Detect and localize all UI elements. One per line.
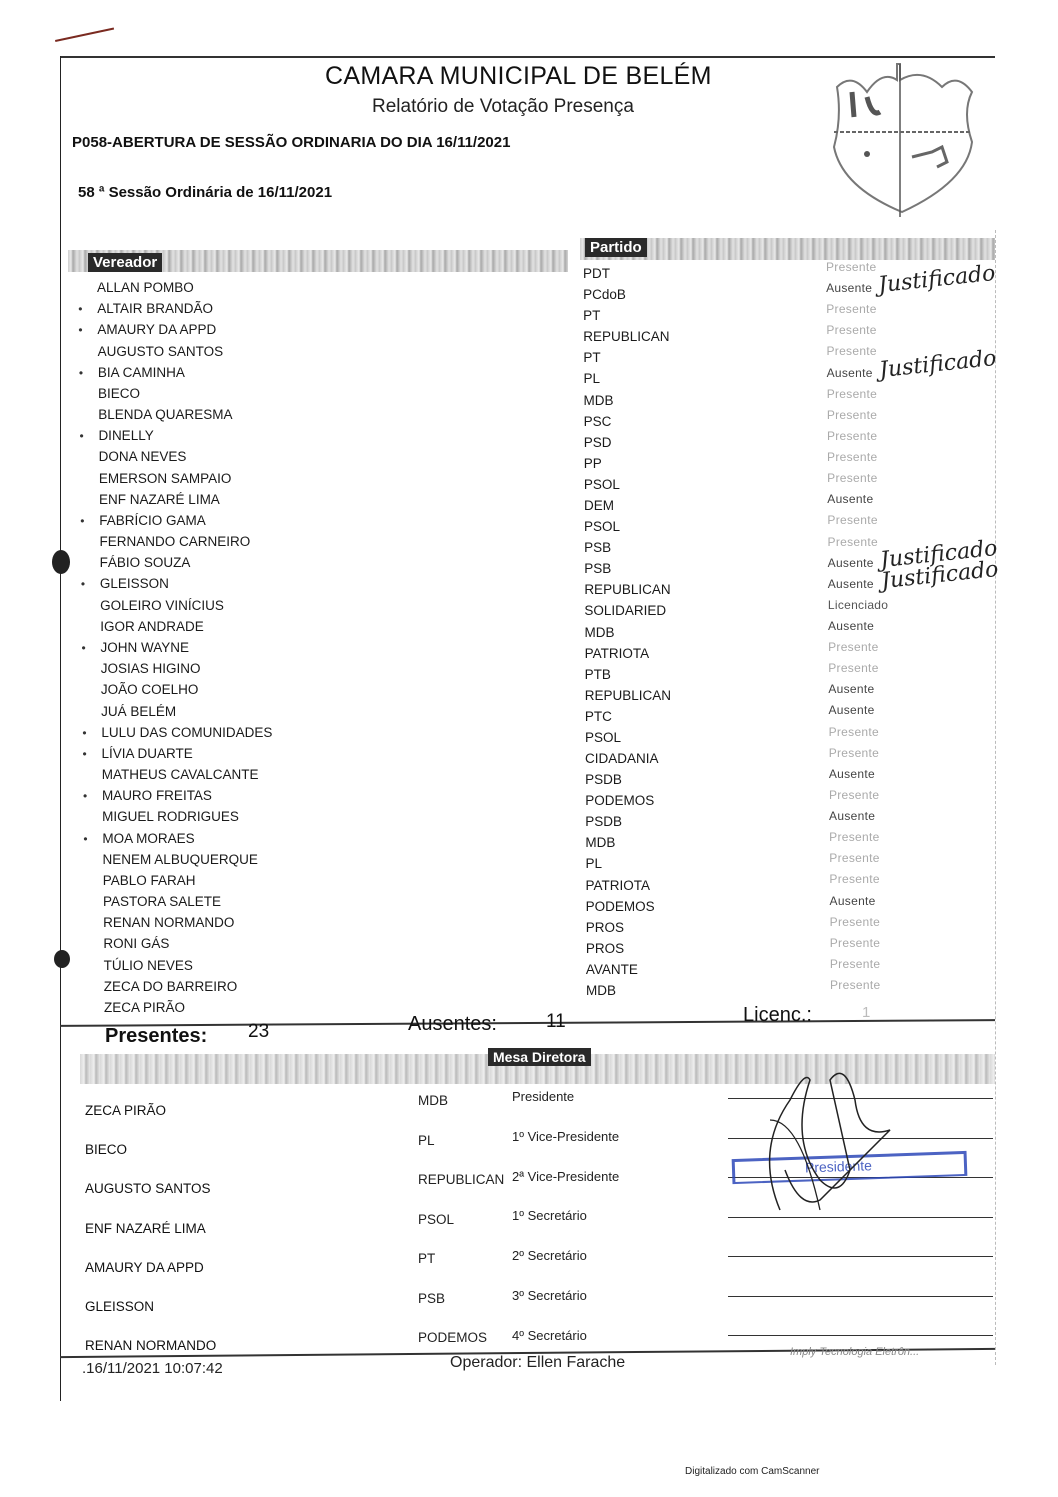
pen-mark [55, 28, 117, 56]
mesa-member-party: MDB [418, 1093, 448, 1108]
row-bullet-mark: • [79, 366, 83, 380]
vereador-party: MDB [586, 983, 616, 998]
mesa-member-party: PSOL [418, 1212, 454, 1227]
vereador-party: AVANTE [586, 962, 638, 977]
attendance-status: Ausente [830, 894, 876, 908]
attendance-status: Ausente [828, 577, 874, 591]
mesa-diretora-title: Mesa Diretora [488, 1048, 591, 1066]
column-header-partido: Partido [585, 238, 647, 257]
mesa-member-party: PT [418, 1251, 435, 1266]
report-timestamp: .16/11/2021 10:07:42 [82, 1360, 223, 1377]
vereador-party: PSOL [585, 730, 621, 745]
attendance-status: Presente [829, 851, 879, 865]
attendance-report-page: CAMARA MUNICIPAL DE BELÉM Relatório de V… [0, 0, 1058, 1497]
mesa-member-role: 4º Secretário [512, 1328, 587, 1343]
mesa-member-name: RENAN NORMANDO [85, 1338, 216, 1353]
signature-line [728, 1256, 993, 1257]
row-bullet-mark: • [80, 514, 84, 528]
mesa-member-role: Presidente [512, 1089, 574, 1104]
row-bullet-mark: • [82, 726, 86, 740]
licenc-count: 1 [862, 1004, 870, 1021]
row-bullet-mark: • [82, 641, 86, 655]
vereador-name: ZECA PIRÃO [104, 1000, 185, 1015]
vereador-name: IGOR ANDRADE [100, 619, 204, 634]
mesa-member-party: REPUBLICAN [418, 1172, 504, 1187]
municipal-crest-icon [822, 62, 997, 222]
mesa-member-name: GLEISSON [85, 1299, 154, 1314]
attendance-status: Ausente [829, 809, 875, 823]
vereador-name: AUGUSTO SANTOS [98, 344, 224, 359]
report-title: CAMARA MUNICIPAL DE BELÉM [325, 62, 712, 91]
vereador-name: MIGUEL RODRIGUES [102, 809, 239, 824]
vereador-party: MDB [585, 835, 615, 850]
vereador-party: PSOL [584, 477, 620, 492]
vereador-party: PL [583, 371, 600, 386]
attendance-status: Ausente [828, 682, 874, 696]
attendance-status: Presente [829, 788, 879, 802]
row-bullet-mark: • [81, 577, 85, 591]
vereador-name: ALTAIR BRANDÃO [97, 301, 213, 316]
mesa-member-name: BIECO [85, 1142, 127, 1157]
row-bullet-mark: • [83, 747, 87, 761]
attendance-status: Presente [830, 978, 880, 992]
frame-right-border [995, 230, 996, 1365]
vereador-party: MDB [585, 625, 615, 640]
attendance-status: Presente [830, 936, 880, 950]
attendance-status: Presente [827, 450, 877, 464]
vereador-name: BLENDA QUARESMA [98, 407, 232, 422]
attendance-status: Ausente [828, 703, 874, 717]
session-title: 58 ª Sessão Ordinária de 16/11/2021 [78, 184, 332, 201]
vereador-party: PSOL [584, 519, 620, 534]
attendance-status: Presente [826, 260, 876, 274]
vereador-name: JOHN WAYNE [101, 640, 190, 655]
attendance-status: Presente [828, 661, 878, 675]
vereador-party: PT [583, 350, 600, 365]
ausentes-label: Ausentes: [408, 1013, 497, 1036]
attendance-status: Presente [829, 830, 879, 844]
licenc-label: Licenc.: [743, 1004, 812, 1027]
vereador-party: PROS [586, 941, 624, 956]
attendance-status: Presente [827, 408, 877, 422]
vereador-party: PATRIOTA [585, 646, 650, 661]
vereador-name: JOÃO COELHO [101, 682, 199, 697]
mesa-member-name: ZECA PIRÃO [85, 1103, 166, 1118]
document-code: P058-ABERTURA DE SESSÃO ORDINARIA DO DIA… [72, 134, 510, 151]
ink-blot [52, 550, 70, 574]
vereador-party: PODEMOS [585, 793, 654, 808]
vereador-name: BIECO [98, 386, 140, 401]
vereador-name: FÁBIO SOUZA [100, 555, 191, 570]
vereador-name: FERNANDO CARNEIRO [99, 534, 250, 549]
attendance-status: Presente [830, 915, 880, 929]
mesa-member-role: 3º Secretário [512, 1288, 587, 1303]
ausentes-count: 11 [546, 1011, 566, 1033]
operator-name: Operador: Ellen Farache [450, 1354, 625, 1372]
vereador-name: MAURO FREITAS [102, 788, 212, 803]
mesa-member-party: PL [418, 1133, 435, 1148]
vereador-party: PTC [585, 709, 612, 724]
vereador-name: PASTORA SALETE [103, 894, 221, 909]
vereador-name: BIA CAMINHA [98, 365, 185, 380]
vereador-name: JOSIAS HIGINO [101, 661, 201, 676]
attendance-status: Presente [827, 429, 877, 443]
attendance-status: Presente [826, 323, 876, 337]
vereador-name: AMAURY DA APPD [97, 322, 216, 337]
column-header-vereador: Vereador [88, 253, 162, 272]
vereador-party: CIDADANIA [585, 751, 659, 766]
vereador-name: GOLEIRO VINÍCIUS [100, 598, 224, 613]
mesa-member-party: PSB [418, 1291, 445, 1306]
row-bullet-mark: • [83, 789, 87, 803]
vereador-name: RONI GÁS [103, 936, 169, 951]
vereador-name: DINELLY [98, 428, 153, 443]
ink-blot [54, 950, 70, 968]
attendance-status: Licenciado [828, 598, 888, 612]
vereador-party: PDT [583, 266, 610, 281]
attendance-status: Ausente [829, 767, 875, 781]
vendor-text: Imply Tecnologia Eletrôn... [790, 1346, 919, 1358]
vereador-party: REPUBLICAN [583, 329, 669, 344]
vereador-party: PSDB [585, 814, 622, 829]
mesa-member-name: ENF NAZARÉ LIMA [85, 1221, 206, 1236]
attendance-status: Presente [830, 957, 880, 971]
vereador-party: PCdoB [583, 287, 626, 302]
vereador-party: PSB [584, 561, 611, 576]
vereador-name: TÚLIO NEVES [104, 958, 193, 973]
attendance-status: Ausente [828, 619, 874, 633]
attendance-status: Presente [826, 302, 876, 316]
vereador-party: PSD [584, 435, 612, 450]
vereador-name: MATHEUS CAVALCANTE [102, 767, 259, 782]
vereador-party: MDB [584, 393, 614, 408]
mesa-member-role: 2ª Vice-Presidente [512, 1169, 619, 1184]
row-bullet-mark: • [83, 832, 87, 846]
mesa-member-role: 1º Secretário [512, 1208, 587, 1223]
vereador-name: EMERSON SAMPAIO [99, 471, 232, 486]
vereador-party: PT [583, 308, 600, 323]
presentes-label: Presentes: [105, 1025, 207, 1048]
vereador-party: PSC [584, 414, 612, 429]
vereador-party: REPUBLICAN [585, 688, 671, 703]
attendance-status: Presente [829, 872, 879, 886]
signature-line [728, 1296, 993, 1297]
row-bullet-mark: • [78, 323, 82, 337]
attendance-status: Presente [827, 471, 877, 485]
attendance-status: Presente [829, 746, 879, 760]
attendance-status: Ausente [826, 281, 872, 295]
vereador-name: PABLO FARAH [103, 873, 196, 888]
vereador-party: PODEMOS [586, 899, 655, 914]
vereador-party: PSDB [585, 772, 622, 787]
attendance-status: Ausente [827, 366, 873, 380]
mesa-member-role: 1º Vice-Presidente [512, 1129, 619, 1144]
vereador-name: ZECA DO BARREIRO [104, 979, 238, 994]
vereador-party: REPUBLICAN [584, 582, 670, 597]
report-subtitle: Relatório de Votação Presença [372, 96, 634, 118]
signature [760, 1060, 910, 1220]
vereador-name: LULU DAS COMUNIDADES [101, 725, 272, 740]
vereador-party: PATRIOTA [586, 878, 651, 893]
mesa-member-name: AMAURY DA APPD [85, 1260, 204, 1275]
vereador-party: PL [585, 856, 602, 871]
vereador-party: PTB [585, 667, 611, 682]
presentes-count: 23 [248, 1021, 269, 1043]
attendance-status: Ausente [827, 492, 873, 506]
vereador-name: ENF NAZARÉ LIMA [99, 492, 220, 507]
vereador-name: LÍVIA DUARTE [102, 746, 193, 761]
vereador-party: PP [584, 456, 602, 471]
vereador-name: NENEM ALBUQUERQUE [103, 852, 258, 867]
attendance-status: Presente [827, 513, 877, 527]
vereador-party: PSB [584, 540, 611, 555]
vereador-party: PROS [586, 920, 624, 935]
mesa-member-party: PODEMOS [418, 1330, 487, 1345]
row-bullet-mark: • [78, 302, 82, 316]
vereador-name: DONA NEVES [99, 449, 187, 464]
vereador-name: GLEISSON [100, 576, 169, 591]
attendance-status: Ausente [828, 556, 874, 570]
row-bullet-mark: • [79, 429, 83, 443]
mesa-member-name: AUGUSTO SANTOS [85, 1181, 211, 1196]
vereador-name: FABRÍCIO GAMA [99, 513, 206, 528]
vereador-party: SOLIDARIED [584, 603, 666, 618]
signature-line [728, 1335, 993, 1336]
mesa-member-role: 2º Secretário [512, 1248, 587, 1263]
vereador-party: DEM [584, 498, 614, 513]
attendance-status: Presente [828, 535, 878, 549]
attendance-status: Presente [826, 344, 876, 358]
attendance-status: Presente [829, 725, 879, 739]
vereador-name: MOA MORAES [102, 831, 194, 846]
vereador-name: JUÁ BELÉM [101, 704, 176, 719]
vereador-name: RENAN NORMANDO [103, 915, 234, 930]
vereador-name: ALLAN POMBO [97, 280, 194, 295]
attendance-status: Presente [828, 640, 878, 654]
attendance-status: Presente [827, 387, 877, 401]
scanner-watermark: Digitalizado com CamScanner [685, 1466, 820, 1477]
